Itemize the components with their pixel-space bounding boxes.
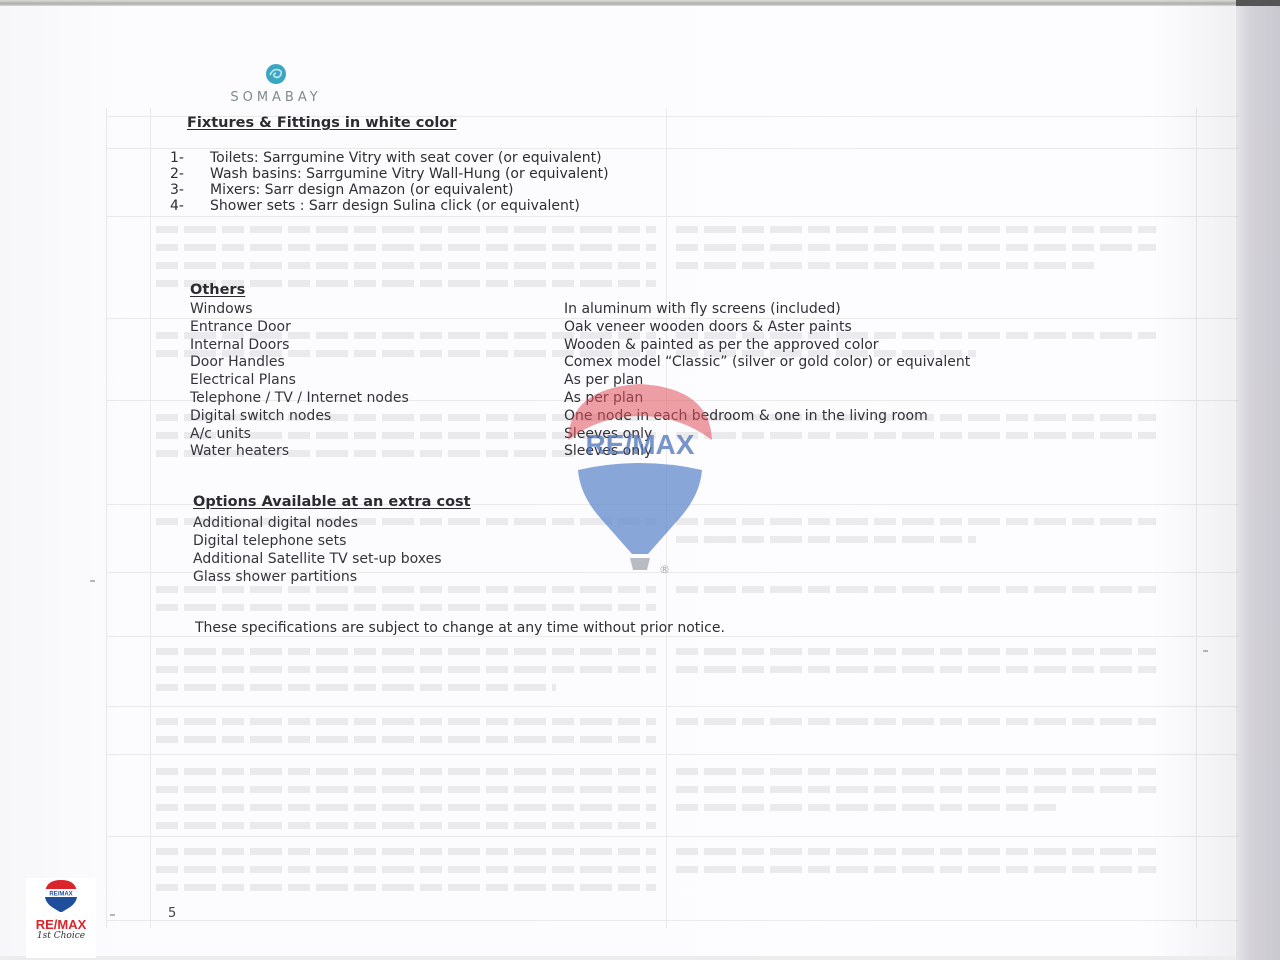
spec-value: As per plan [564, 390, 643, 408]
list-item: Glass shower partitions [193, 568, 442, 586]
spec-value: Oak veneer wooden doors & Aster paints [564, 319, 852, 337]
remax-balloon-icon: RE/MAX [41, 878, 81, 914]
scanned-page: SOMABAY Fixtures & Fittings in white col… [0, 0, 1280, 960]
table-row: Digital switch nodesOne node in each bed… [190, 408, 970, 426]
table-row: Door HandlesComex model “Classic” (silve… [190, 354, 970, 372]
spec-value: One node in each bedroom & one in the li… [564, 408, 928, 426]
table-row: Internal DoorsWooden & painted as per th… [190, 337, 970, 355]
options-heading: Options Available at an extra cost [193, 494, 471, 510]
fixtures-heading: Fixtures & Fittings in white color [187, 115, 456, 131]
spec-label: Windows [190, 301, 564, 319]
table-row: Entrance DoorOak veneer wooden doors & A… [190, 319, 970, 337]
others-spec-table: WindowsIn aluminum with fly screens (inc… [190, 301, 970, 461]
list-item: 2-Wash basins: Sarrgumine Vitry Wall-Hun… [170, 166, 609, 182]
scan-speck [110, 914, 115, 916]
table-row: WindowsIn aluminum with fly screens (inc… [190, 301, 970, 319]
remax-tagline: 1st Choice [26, 931, 96, 941]
remax-corner-logo: RE/MAX RE/MAX 1st Choice [26, 878, 96, 958]
spec-label: Telephone / TV / Internet nodes [190, 390, 564, 408]
item-number: 4- [170, 198, 210, 214]
item-text: Wash basins: Sarrgumine Vitry Wall-Hung … [210, 166, 609, 182]
spec-value: Sleeves only [564, 426, 652, 444]
svg-text:®: ® [659, 563, 670, 576]
options-list: Additional digital nodes Digital telepho… [193, 514, 442, 586]
others-heading: Others [190, 282, 245, 298]
list-item: 1-Toilets: Sarrgumine Vitry with seat co… [170, 150, 609, 166]
list-item: Additional Satellite TV set-up boxes [193, 550, 442, 568]
table-row: Telephone / TV / Internet nodesAs per pl… [190, 390, 970, 408]
item-text: Mixers: Sarr design Amazon (or equivalen… [210, 182, 513, 198]
spec-value: As per plan [564, 372, 643, 390]
item-text: Shower sets : Sarr design Sulina click (… [210, 198, 580, 214]
item-number: 3- [170, 182, 210, 198]
list-item: Digital telephone sets [193, 532, 442, 550]
spec-label: Internal Doors [190, 337, 564, 355]
item-number: 2- [170, 166, 210, 182]
page-number: 5 [168, 906, 176, 921]
table-row: Water heatersSleeves only [190, 443, 970, 461]
scanner-top-edge [0, 0, 1280, 6]
page-fold-shadow [1236, 0, 1280, 960]
spec-value: Sleeves only [564, 443, 652, 461]
somabay-wave-icon [261, 62, 291, 86]
spec-label: Door Handles [190, 354, 564, 372]
svg-text:RE/MAX: RE/MAX [49, 892, 72, 898]
scanner-bottom-edge [0, 956, 1236, 960]
item-number: 1- [170, 150, 210, 166]
scan-speck [1203, 650, 1208, 652]
spec-label: Electrical Plans [190, 372, 564, 390]
list-item: 3-Mixers: Sarr design Amazon (or equival… [170, 182, 609, 198]
somabay-wordmark: SOMABAY [196, 90, 356, 105]
spec-value: Wooden & painted as per the approved col… [564, 337, 879, 355]
spec-value: Comex model “Classic” (silver or gold co… [564, 354, 970, 372]
scan-speck [90, 580, 95, 582]
list-item: Additional digital nodes [193, 514, 442, 532]
item-text: Toilets: Sarrgumine Vitry with seat cove… [210, 150, 602, 166]
spec-label: Water heaters [190, 443, 564, 461]
spec-label: Digital switch nodes [190, 408, 564, 426]
table-row: Electrical PlansAs per plan [190, 372, 970, 390]
remax-brand-text: RE/MAX [26, 918, 96, 931]
spec-label: Entrance Door [190, 319, 564, 337]
disclaimer-text: These specifications are subject to chan… [195, 620, 725, 636]
fixtures-list: 1-Toilets: Sarrgumine Vitry with seat co… [170, 150, 609, 214]
spec-label: A/c units [190, 426, 564, 444]
table-row: A/c unitsSleeves only [190, 426, 970, 444]
list-item: 4-Shower sets : Sarr design Sulina click… [170, 198, 609, 214]
somabay-logo: SOMABAY [196, 62, 356, 105]
spec-value: In aluminum with fly screens (included) [564, 301, 841, 319]
